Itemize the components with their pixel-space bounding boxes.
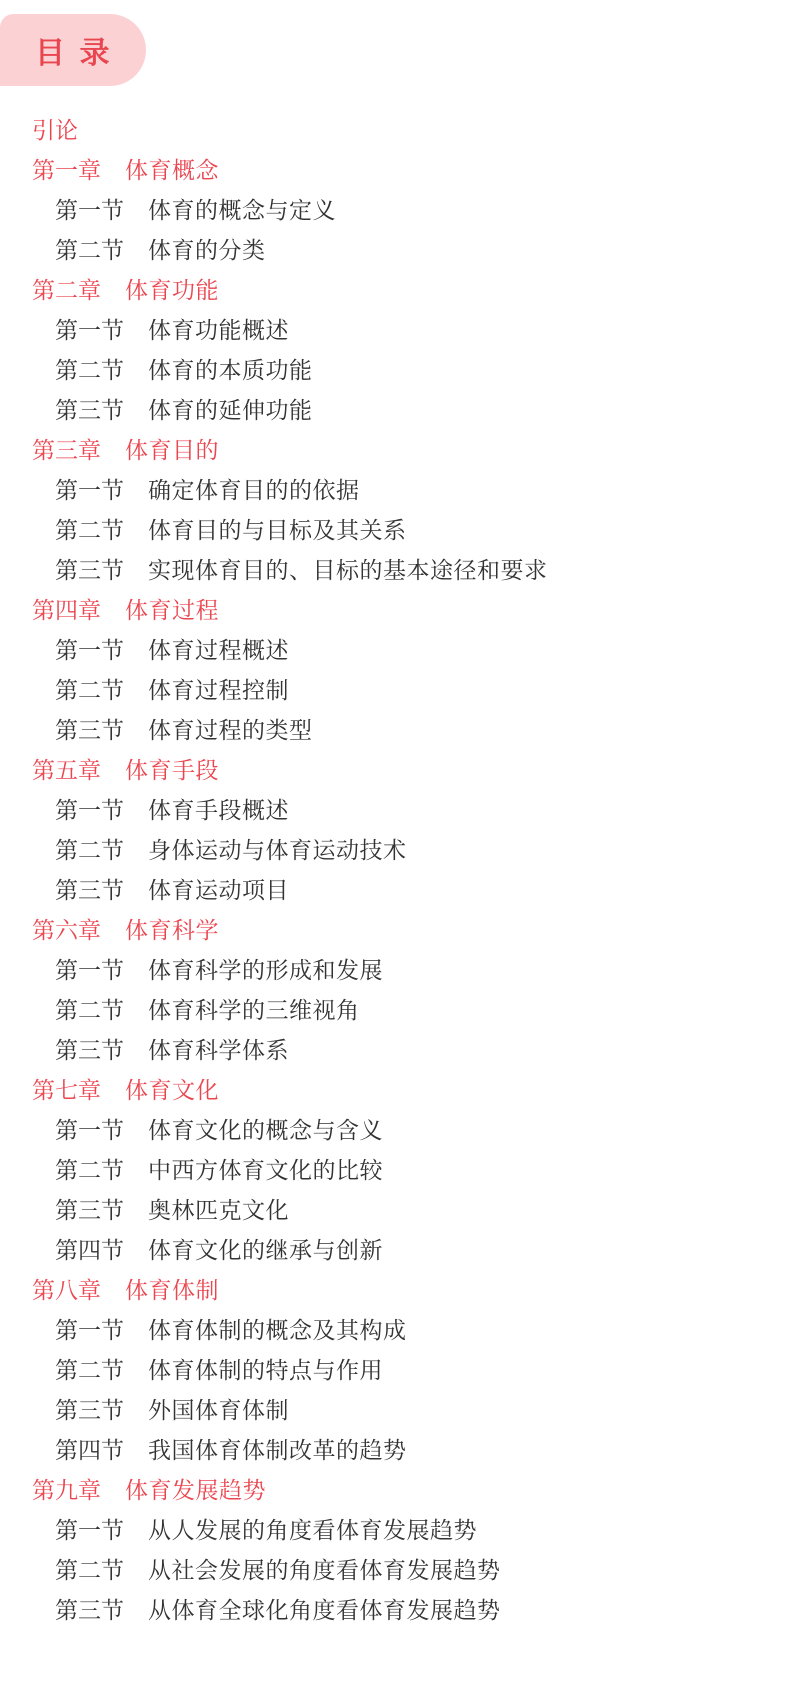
section-number: 第二节	[55, 672, 124, 705]
section-number: 第一节	[55, 632, 124, 665]
toc-chapter-row: 第九章体育发展趋势	[32, 1468, 770, 1508]
toc-section-row: 第一节体育科学的形成和发展	[32, 948, 770, 988]
section-number: 第二节	[55, 512, 124, 545]
chapter-title: 体育发展趋势	[125, 1472, 266, 1505]
section-number: 第三节	[55, 1032, 124, 1065]
toc-section-row: 第一节体育的概念与定义	[32, 188, 770, 228]
section-title: 体育过程的类型	[148, 712, 313, 745]
toc-section-row: 第三节体育的延伸功能	[32, 388, 770, 428]
toc-section-row: 第三节体育运动项目	[32, 868, 770, 908]
chapter-title: 体育体制	[125, 1272, 219, 1305]
section-number: 第一节	[55, 952, 124, 985]
chapter-number: 引论	[32, 112, 78, 145]
section-title: 我国体育体制改革的趋势	[148, 1432, 407, 1465]
section-title: 从社会发展的角度看体育发展趋势	[148, 1552, 501, 1585]
section-title: 体育过程概述	[148, 632, 289, 665]
toc-section-row: 第一节体育功能概述	[32, 308, 770, 348]
chapter-title: 体育文化	[125, 1072, 219, 1105]
section-number: 第一节	[55, 312, 124, 345]
section-title: 体育手段概述	[148, 792, 289, 825]
chapter-title: 体育手段	[125, 752, 219, 785]
toc-chapter-row: 第六章体育科学	[32, 908, 770, 948]
chapter-number: 第七章	[32, 1072, 101, 1105]
toc-chapter-row: 引论	[32, 108, 770, 148]
section-number: 第二节	[55, 1352, 124, 1385]
toc-section-row: 第三节体育科学体系	[32, 1028, 770, 1068]
section-number: 第一节	[55, 792, 124, 825]
chapter-title: 体育科学	[125, 912, 219, 945]
chapter-number: 第二章	[32, 272, 101, 305]
toc-badge-label: 目 录	[35, 28, 111, 72]
toc-section-row: 第二节体育科学的三维视角	[32, 988, 770, 1028]
section-number: 第二节	[55, 352, 124, 385]
section-number: 第三节	[55, 1592, 124, 1625]
toc-section-row: 第二节体育体制的特点与作用	[32, 1348, 770, 1388]
chapter-title: 体育功能	[125, 272, 219, 305]
section-title: 体育运动项目	[148, 872, 289, 905]
section-number: 第三节	[55, 1392, 124, 1425]
toc-section-row: 第二节体育过程控制	[32, 668, 770, 708]
toc-section-row: 第三节外国体育体制	[32, 1388, 770, 1428]
toc-section-row: 第三节实现体育目的、目标的基本途径和要求	[32, 548, 770, 588]
section-title: 体育的本质功能	[148, 352, 313, 385]
chapter-number: 第一章	[32, 152, 101, 185]
section-title: 奥林匹克文化	[148, 1192, 289, 1225]
toc-chapter-row: 第八章体育体制	[32, 1268, 770, 1308]
section-number: 第四节	[55, 1232, 124, 1265]
section-title: 体育过程控制	[148, 672, 289, 705]
chapter-number: 第六章	[32, 912, 101, 945]
toc-section-row: 第四节我国体育体制改革的趋势	[32, 1428, 770, 1468]
section-number: 第一节	[55, 1312, 124, 1345]
toc-section-row: 第二节体育的本质功能	[32, 348, 770, 388]
section-title: 体育科学体系	[148, 1032, 289, 1065]
section-number: 第二节	[55, 232, 124, 265]
section-title: 体育的概念与定义	[148, 192, 336, 225]
toc-section-row: 第一节体育文化的概念与含义	[32, 1108, 770, 1148]
chapter-number: 第四章	[32, 592, 101, 625]
toc-section-row: 第一节体育过程概述	[32, 628, 770, 668]
toc-chapter-row: 第一章体育概念	[32, 148, 770, 188]
section-title: 体育科学的形成和发展	[148, 952, 383, 985]
section-number: 第三节	[55, 1192, 124, 1225]
toc-chapter-row: 第七章体育文化	[32, 1068, 770, 1108]
section-number: 第一节	[55, 1112, 124, 1145]
section-title: 外国体育体制	[148, 1392, 289, 1425]
section-number: 第三节	[55, 552, 124, 585]
chapter-number: 第九章	[32, 1472, 101, 1505]
section-number: 第三节	[55, 712, 124, 745]
section-number: 第一节	[55, 472, 124, 505]
chapter-title: 体育概念	[125, 152, 219, 185]
section-number: 第一节	[55, 192, 124, 225]
section-number: 第二节	[55, 1152, 124, 1185]
section-number: 第二节	[55, 1552, 124, 1585]
toc-section-row: 第四节体育文化的继承与创新	[32, 1228, 770, 1268]
toc-section-row: 第二节身体运动与体育运动技术	[32, 828, 770, 868]
section-number: 第一节	[55, 1512, 124, 1545]
section-title: 体育的分类	[148, 232, 266, 265]
toc-section-row: 第三节奥林匹克文化	[32, 1188, 770, 1228]
section-title: 体育文化的概念与含义	[148, 1112, 383, 1145]
section-title: 体育的延伸功能	[148, 392, 313, 425]
section-title: 实现体育目的、目标的基本途径和要求	[148, 552, 548, 585]
section-title: 确定体育目的的依据	[148, 472, 360, 505]
chapter-title: 体育过程	[125, 592, 219, 625]
section-title: 中西方体育文化的比较	[148, 1152, 383, 1185]
section-title: 从体育全球化角度看体育发展趋势	[148, 1592, 501, 1625]
toc-section-row: 第二节从社会发展的角度看体育发展趋势	[32, 1548, 770, 1588]
section-title: 体育科学的三维视角	[148, 992, 360, 1025]
section-title: 身体运动与体育运动技术	[148, 832, 407, 865]
chapter-number: 第五章	[32, 752, 101, 785]
toc-section-row: 第一节确定体育目的的依据	[32, 468, 770, 508]
toc-section-row: 第二节体育的分类	[32, 228, 770, 268]
toc-section-row: 第三节体育过程的类型	[32, 708, 770, 748]
toc-chapter-row: 第三章体育目的	[32, 428, 770, 468]
toc-badge: 目 录	[0, 14, 146, 86]
section-title: 体育目的与目标及其关系	[148, 512, 407, 545]
chapter-title: 体育目的	[125, 432, 219, 465]
toc-section-row: 第二节中西方体育文化的比较	[32, 1148, 770, 1188]
section-number: 第三节	[55, 872, 124, 905]
section-title: 体育文化的继承与创新	[148, 1232, 383, 1265]
toc-chapter-row: 第二章体育功能	[32, 268, 770, 308]
toc-section-row: 第一节从人发展的角度看体育发展趋势	[32, 1508, 770, 1548]
toc-section-row: 第二节体育目的与目标及其关系	[32, 508, 770, 548]
toc-section-row: 第三节从体育全球化角度看体育发展趋势	[32, 1588, 770, 1628]
section-title: 体育功能概述	[148, 312, 289, 345]
section-title: 体育体制的特点与作用	[148, 1352, 383, 1385]
section-number: 第二节	[55, 832, 124, 865]
toc-list: 引论第一章体育概念第一节体育的概念与定义第二节体育的分类第二章体育功能第一节体育…	[32, 108, 770, 1628]
toc-chapter-row: 第四章体育过程	[32, 588, 770, 628]
section-number: 第二节	[55, 992, 124, 1025]
section-number: 第四节	[55, 1432, 124, 1465]
section-title: 从人发展的角度看体育发展趋势	[148, 1512, 477, 1545]
section-number: 第三节	[55, 392, 124, 425]
toc-section-row: 第一节体育体制的概念及其构成	[32, 1308, 770, 1348]
chapter-number: 第三章	[32, 432, 101, 465]
toc-section-row: 第一节体育手段概述	[32, 788, 770, 828]
chapter-number: 第八章	[32, 1272, 101, 1305]
section-title: 体育体制的概念及其构成	[148, 1312, 407, 1345]
toc-chapter-row: 第五章体育手段	[32, 748, 770, 788]
